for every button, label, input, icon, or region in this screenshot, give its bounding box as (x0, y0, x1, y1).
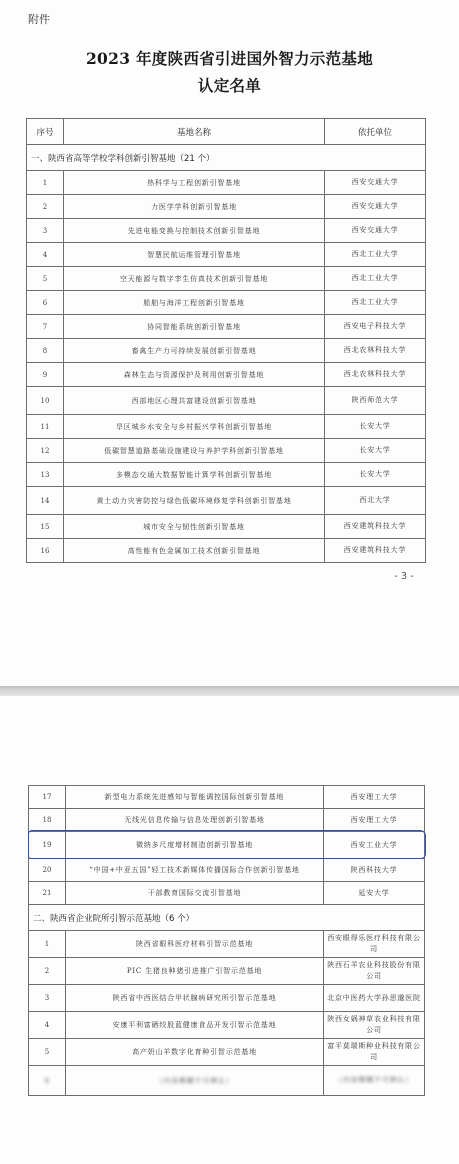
row-base-name: 畜禽生产力可持续发展创新引智基地 (64, 339, 325, 363)
row-host-unit: 西安交通大学 (325, 219, 426, 243)
row-no: 4 (27, 243, 64, 267)
row-base-name: 无线光信息传输与信息处理创新引智基地 (66, 809, 324, 832)
row-no: 6 (29, 1066, 66, 1096)
row-base-name: 新型电力系统先进感知与智能调控国际创新引智基地 (66, 786, 324, 809)
row-base-name: 黄土动力灾害防控与绿色低碳环境修复学科创新引智基地 (64, 487, 325, 515)
row-host-unit: 西北工业大学 (325, 243, 426, 267)
row-base-name: 多模态交通大数据智能计算学科创新引智基地 (64, 463, 325, 487)
table-row: 3先进电能变换与控制技术创新引智基地西安交通大学 (27, 219, 426, 243)
table-row: 8畜禽生产力可持续发展创新引智基地西北农林科技大学 (27, 339, 426, 363)
row-base-name: 高性能有色金属加工技术创新引智基地 (64, 539, 325, 563)
row-base-name: 空天能源与数字孪生仿真技术创新引智基地 (64, 267, 325, 291)
table-row: 11旱区城乡水安全与乡村振兴学科创新引智基地长安大学 (27, 415, 426, 439)
row-no: 12 (27, 439, 64, 463)
row-host-unit: 长安大学 (325, 463, 426, 487)
document-title-line-1: 2023 年度陕西省引进国外智力示范基地 (0, 47, 459, 69)
row-host-unit: 陕西师范大学 (325, 387, 426, 415)
row-no: 20 (29, 859, 66, 882)
row-host-unit: 西安交通大学 (325, 171, 426, 195)
table-row-blurred: 6（内容模糊不可辨认）（内容模糊不可辨认） (29, 1066, 425, 1096)
row-host-unit: 西安建筑科技大学 (325, 515, 426, 539)
row-no: 16 (27, 539, 64, 563)
table-header-row: 序号 基地名称 依托单位 (27, 119, 426, 145)
table-row: 13多模态交通大数据智能计算学科创新引智基地长安大学 (27, 463, 426, 487)
table-row: 4安康平利富硒绞股蓝健康食品开发引智示范基地陕西女娲神草农业科技有限公司 (29, 1012, 425, 1039)
table-row-highlighted: 19微纳多尺度增材制造创新引智基地西安工业大学 (29, 832, 425, 859)
table-row: 18无线光信息传输与信息处理创新引智基地西安理工大学 (29, 809, 425, 832)
row-no: 13 (27, 463, 64, 487)
row-base-name: 热科学与工程创新引智基地 (64, 171, 325, 195)
row-base-name: PIC 生猪良种猪引进推广引智示范基地 (66, 958, 324, 985)
row-host-unit: 西安电子科技大学 (325, 315, 426, 339)
row-base-name: “中国+中亚五国”轻工技术新媒体传播国际合作创新引智基地 (66, 859, 324, 882)
base-list-table-page-2: 17新型电力系统先进感知与智能调控国际创新引智基地西安理工大学 18无线光信息传… (28, 785, 425, 1096)
row-base-name: 力医学学科创新引智基地 (64, 195, 325, 219)
row-host-unit: 陕西石羊农业科技股份有限公司 (324, 958, 425, 985)
table-row: 2力医学学科创新引智基地西安交通大学 (27, 195, 426, 219)
row-no: 2 (27, 195, 64, 219)
row-host-unit: 西北工业大学 (325, 291, 426, 315)
row-no: 1 (29, 931, 66, 958)
table-row: 17新型电力系统先进感知与智能调控国际创新引智基地西安理工大学 (29, 786, 425, 809)
table-row: 10西部地区心理共富建设创新引智基地陕西师范大学 (27, 387, 426, 415)
row-base-name: 森林生态与资源保护及利用创新引智基地 (64, 363, 325, 387)
row-base-name: 微纳多尺度增材制造创新引智基地 (66, 832, 324, 859)
table-row: 21干部教育国际交流引智基地延安大学 (29, 882, 425, 905)
row-base-name: 先进电能变换与控制技术创新引智基地 (64, 219, 325, 243)
row-host-unit: 西北大学 (325, 487, 426, 515)
row-no: 8 (27, 339, 64, 363)
row-no: 2 (29, 958, 66, 985)
row-base-name: 陕西省中西医结合甲状腺病研究所引智示范基地 (66, 985, 324, 1012)
row-no: 19 (29, 832, 66, 859)
row-no: 11 (27, 415, 64, 439)
section-2-label: 二、陕西省企业院所引智示范基地（6 个） (29, 905, 425, 931)
row-no: 3 (29, 985, 66, 1012)
row-host-unit: 西北农林科技大学 (325, 363, 426, 387)
table-row: 5高产奶山羊数字化育种引智示范基地富平莫瑞斯种业科技有限公司 (29, 1039, 425, 1066)
section-heading-row: 一、陕西省高等学校学科创新引智基地（21 个） (27, 145, 426, 171)
row-no: 15 (27, 515, 64, 539)
row-host-unit: 延安大学 (324, 882, 425, 905)
row-base-name: 协同智能系统创新引智基地 (64, 315, 325, 339)
row-base-name: 高产奶山羊数字化育种引智示范基地 (66, 1039, 324, 1066)
table-row: 4智慧民航运维管理引智基地西北工业大学 (27, 243, 426, 267)
row-host-unit: 长安大学 (325, 439, 426, 463)
table-row: 3陕西省中西医结合甲状腺病研究所引智示范基地北京中医药大学孙思邈医院 (29, 985, 425, 1012)
table-row: 12低碳智慧道路基础设施建设与养护学科创新引智基地长安大学 (27, 439, 426, 463)
row-host-unit: 西安工业大学 (324, 832, 425, 859)
row-no: 3 (27, 219, 64, 243)
row-no: 10 (27, 387, 64, 415)
row-no: 6 (27, 291, 64, 315)
row-no: 5 (29, 1039, 66, 1066)
document-title-line-2: 认定名单 (0, 74, 459, 96)
table-row: 16高性能有色金属加工技术创新引智基地西安建筑科技大学 (27, 539, 426, 563)
table-row: 14黄土动力灾害防控与绿色低碳环境修复学科创新引智基地西北大学 (27, 487, 426, 515)
row-host-unit: 陕西女娲神草农业科技有限公司 (324, 1012, 425, 1039)
section-heading-row: 二、陕西省企业院所引智示范基地（6 个） (29, 905, 425, 931)
page-number: - 3 - (394, 571, 414, 582)
table-row: 1陕西省眼科医疗材料引智示范基地西安眼得乐医疗科技有限公司 (29, 931, 425, 958)
row-host-unit: 西安建筑科技大学 (325, 539, 426, 563)
row-base-name: 船舶与海洋工程创新引智基地 (64, 291, 325, 315)
row-base-name: 旱区城乡水安全与乡村振兴学科创新引智基地 (64, 415, 325, 439)
row-host-unit: 陕西科技大学 (324, 859, 425, 882)
row-no: 1 (27, 171, 64, 195)
table-row: 5空天能源与数字孪生仿真技术创新引智基地西北工业大学 (27, 267, 426, 291)
section-1-label: 一、陕西省高等学校学科创新引智基地（21 个） (27, 145, 426, 171)
row-base-name: 低碳智慧道路基础设施建设与养护学科创新引智基地 (64, 439, 325, 463)
row-base-name: 陕西省眼科医疗材料引智示范基地 (66, 931, 324, 958)
row-host-unit: 西安交通大学 (325, 195, 426, 219)
row-base-name: 城市安全与韧性创新引智基地 (64, 515, 325, 539)
row-base-name: 智慧民航运维管理引智基地 (64, 243, 325, 267)
table-row: 15城市安全与韧性创新引智基地西安建筑科技大学 (27, 515, 426, 539)
row-base-name: （内容模糊不可辨认） (66, 1066, 324, 1096)
document-page-1: 附件 2023 年度陕西省引进国外智力示范基地 认定名单 序号 基地名称 依托单… (0, 0, 459, 686)
table-row: 1热科学与工程创新引智基地西安交通大学 (27, 171, 426, 195)
row-no: 21 (29, 882, 66, 905)
row-host-unit: 长安大学 (325, 415, 426, 439)
header-host-unit: 依托单位 (325, 119, 426, 145)
row-no: 17 (29, 786, 66, 809)
row-no: 7 (27, 315, 64, 339)
base-list-table-page-1: 序号 基地名称 依托单位 一、陕西省高等学校学科创新引智基地（21 个） 1热科… (26, 118, 426, 563)
row-base-name: 干部教育国际交流引智基地 (66, 882, 324, 905)
header-base-name: 基地名称 (64, 119, 325, 145)
table-row: 20“中国+中亚五国”轻工技术新媒体传播国际合作创新引智基地陕西科技大学 (29, 859, 425, 882)
row-base-name: 西部地区心理共富建设创新引智基地 (64, 387, 325, 415)
table-row: 7协同智能系统创新引智基地西安电子科技大学 (27, 315, 426, 339)
table-row: 6船舶与海洋工程创新引智基地西北工业大学 (27, 291, 426, 315)
row-host-unit: 富平莫瑞斯种业科技有限公司 (324, 1039, 425, 1066)
table-row: 2PIC 生猪良种猪引进推广引智示范基地陕西石羊农业科技股份有限公司 (29, 958, 425, 985)
page-separator (0, 686, 459, 696)
row-no: 4 (29, 1012, 66, 1039)
row-host-unit: 西北农林科技大学 (325, 339, 426, 363)
row-host-unit: 西安理工大学 (324, 786, 425, 809)
table-row: 9森林生态与资源保护及利用创新引智基地西北农林科技大学 (27, 363, 426, 387)
header-serial-no: 序号 (27, 119, 64, 145)
row-host-unit: 西安理工大学 (324, 809, 425, 832)
row-host-unit: 西北工业大学 (325, 267, 426, 291)
row-host-unit: （内容模糊不可辨认） (324, 1066, 425, 1096)
row-no: 9 (27, 363, 64, 387)
row-base-name: 安康平利富硒绞股蓝健康食品开发引智示范基地 (66, 1012, 324, 1039)
row-no: 14 (27, 487, 64, 515)
row-no: 5 (27, 267, 64, 291)
attachment-label: 附件 (28, 11, 50, 27)
row-host-unit: 北京中医药大学孙思邈医院 (324, 985, 425, 1012)
row-host-unit: 西安眼得乐医疗科技有限公司 (324, 931, 425, 958)
row-no: 18 (29, 809, 66, 832)
